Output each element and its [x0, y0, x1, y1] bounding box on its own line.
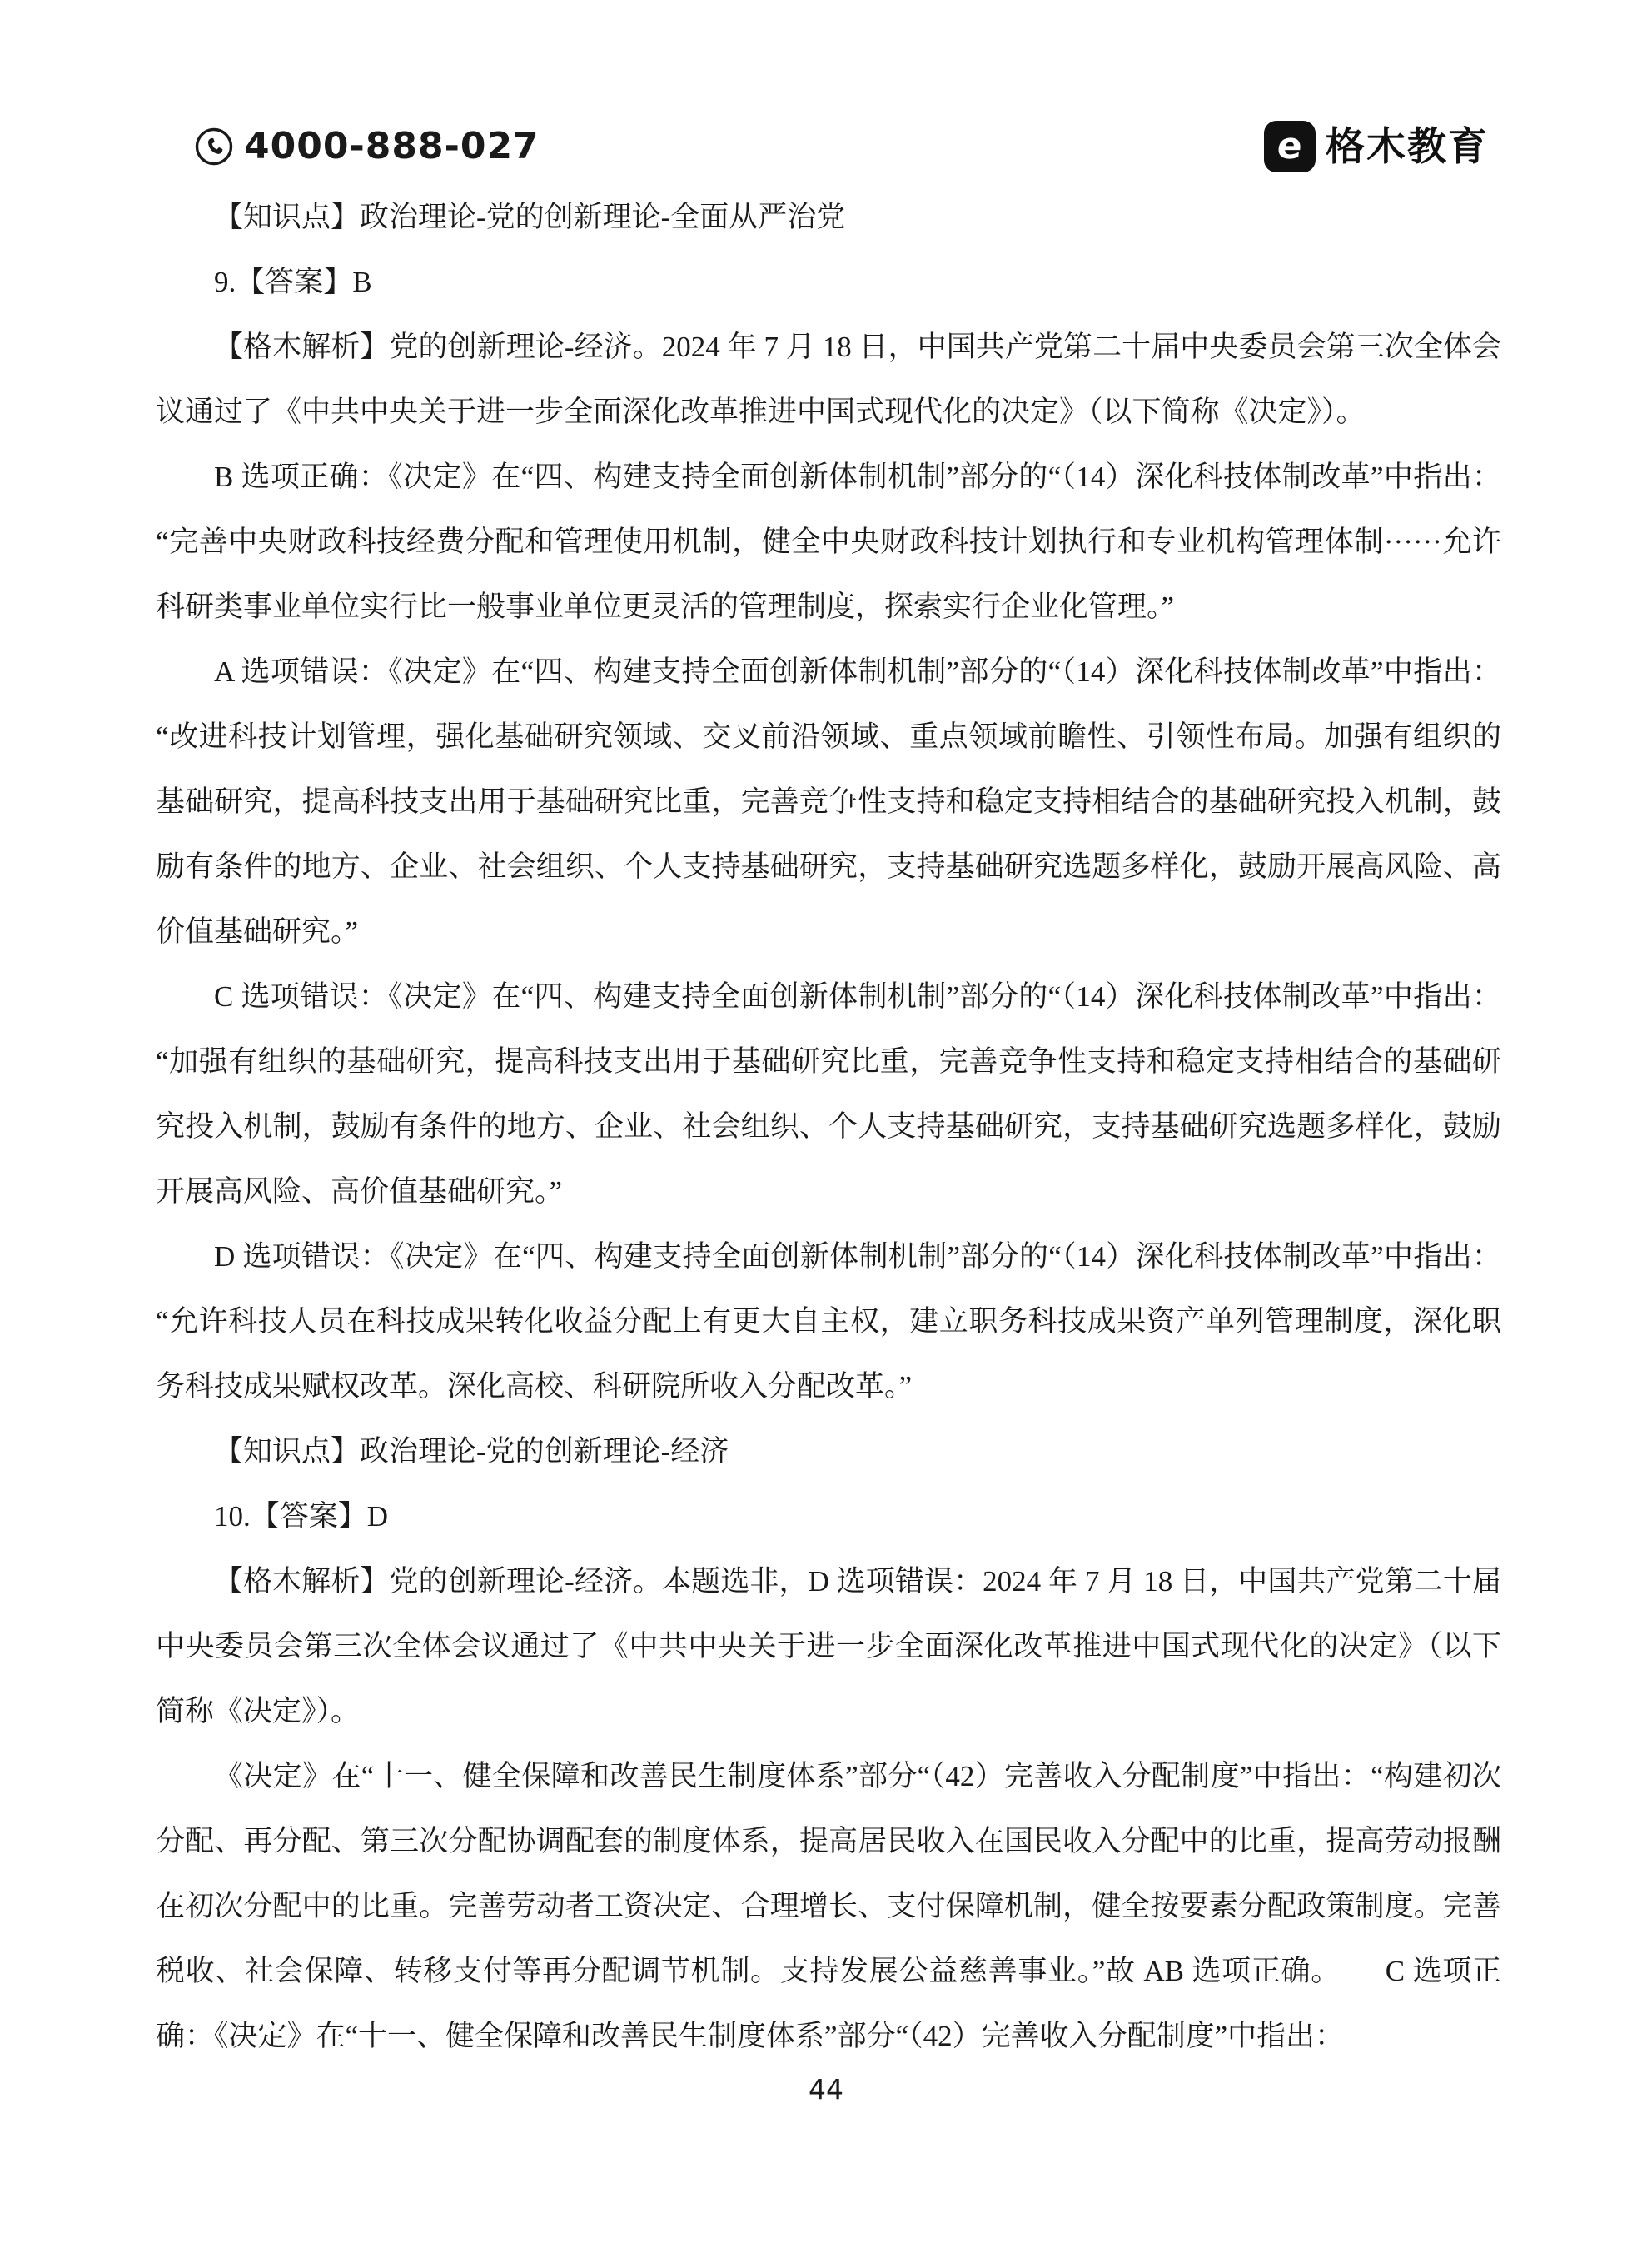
- phone-number: 4000-888-027: [244, 128, 540, 165]
- paragraph: D 选项错误：《决定》在“四、构建支持全面创新体制机制”部分的“（14）深化科技…: [156, 1224, 1501, 1419]
- page-header: 4000-888-027 e 格木教育: [194, 117, 1489, 177]
- page-footer: 44: [0, 2076, 1652, 2103]
- document-page: 4000-888-027 e 格木教育 【知识点】政治理论-党的创新理论-全面从…: [0, 0, 1652, 2243]
- gemu-logo-icon: e: [1264, 121, 1316, 172]
- paragraph: A 选项错误：《决定》在“四、构建支持全面创新体制机制”部分的“（14）深化科技…: [156, 640, 1501, 964]
- logo-glyph: e: [1276, 128, 1304, 165]
- brand-name: 格木教育: [1326, 127, 1489, 167]
- paragraph: 9.【答案】B: [156, 250, 1501, 315]
- paragraph: 【知识点】政治理论-党的创新理论-全面从严治党: [156, 185, 1501, 250]
- paragraph: 【格木解析】党的创新理论-经济。本题选非，D 选项错误：2024 年 7 月 1…: [156, 1549, 1501, 1744]
- paragraph: 10.【答案】D: [156, 1484, 1501, 1549]
- paragraph: 【知识点】政治理论-党的创新理论-经济: [156, 1419, 1501, 1484]
- page-number: 44: [809, 2073, 843, 2106]
- phone-icon: [194, 127, 234, 167]
- paragraph: B 选项正确：《决定》在“四、构建支持全面创新体制机制”部分的“（14）深化科技…: [156, 445, 1501, 640]
- brand-logo: e 格木教育: [1264, 121, 1489, 172]
- paragraph: 【格木解析】党的创新理论-经济。2024 年 7 月 18 日，中国共产党第二十…: [156, 315, 1501, 445]
- paragraph: C 选项错误：《决定》在“四、构建支持全面创新体制机制”部分的“（14）深化科技…: [156, 964, 1501, 1224]
- paragraph: 《决定》在“十一、健全保障和改善民生制度体系”部分“（42）完善收入分配制度”中…: [156, 1744, 1501, 2069]
- contact-phone: 4000-888-027: [194, 127, 540, 167]
- answer-explanation-text: 【知识点】政治理论-党的创新理论-全面从严治党9.【答案】B【格木解析】党的创新…: [156, 185, 1501, 2069]
